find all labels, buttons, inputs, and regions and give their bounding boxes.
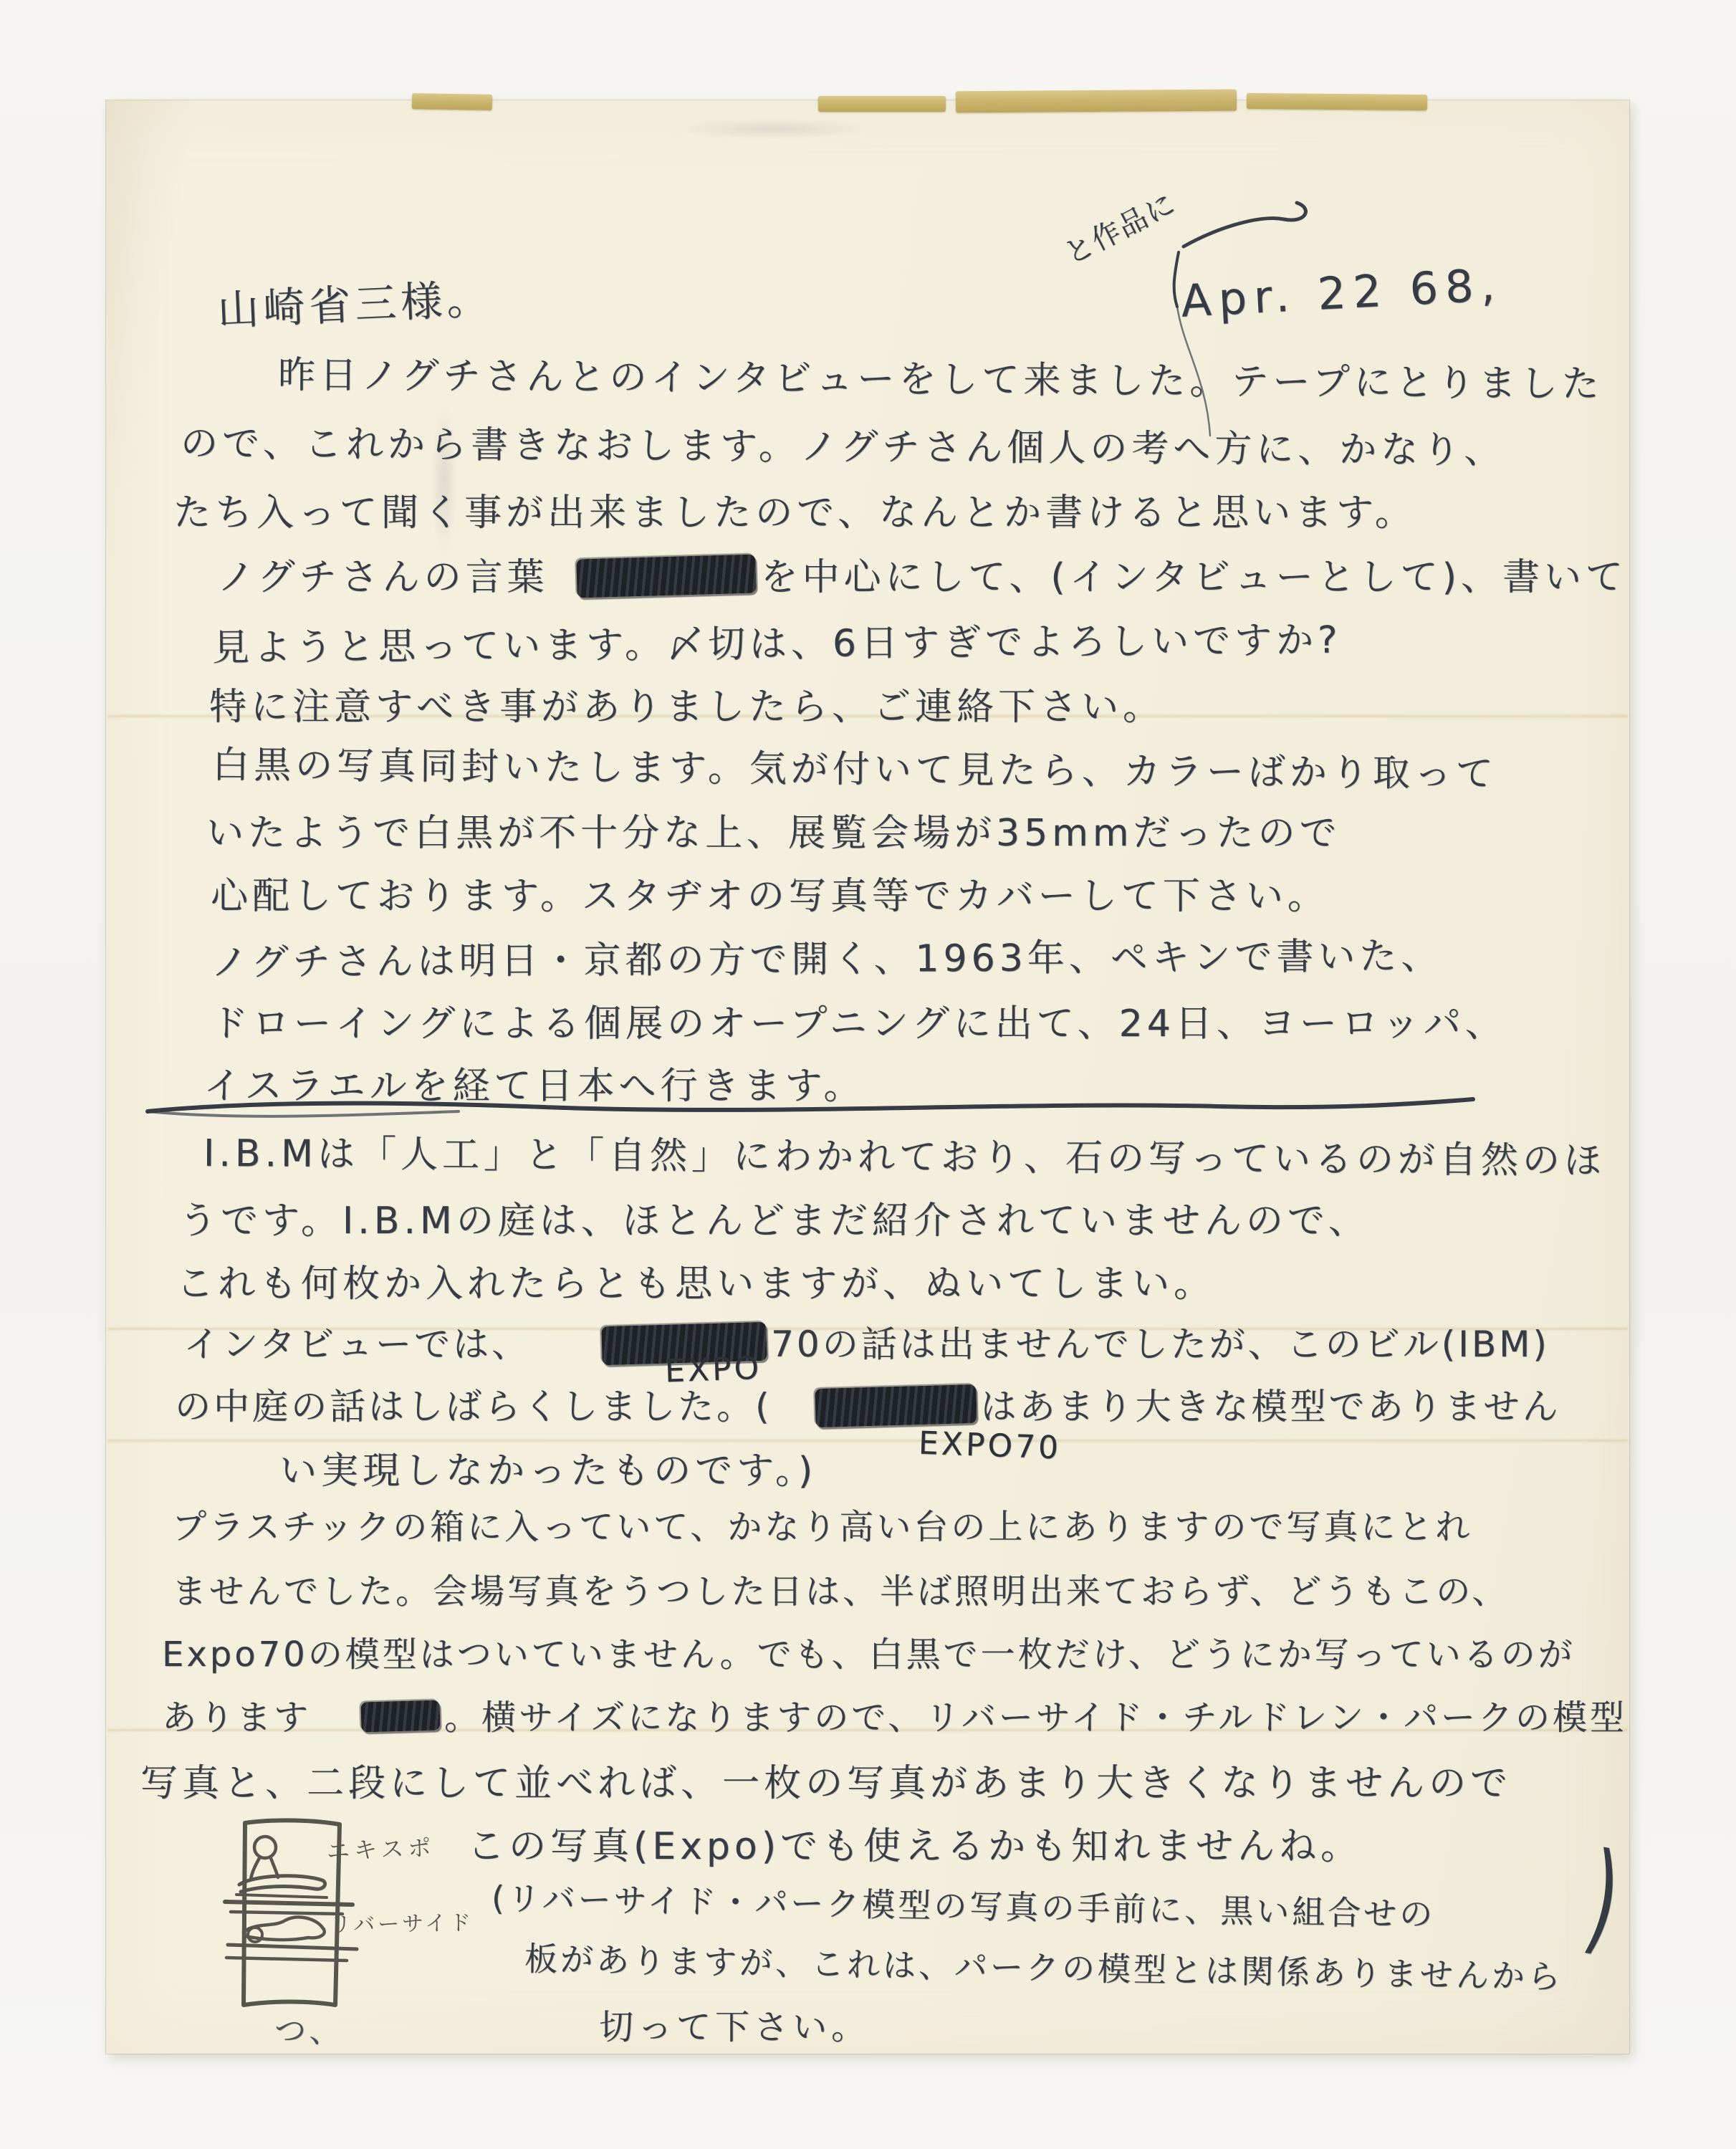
letter-line-05: ノグチさんの言葉を中心にして、(インタビューとして)、書いて bbox=[217, 547, 1627, 600]
letter-line-16: これも何枚か入れたらとも思いますが、ぬいてしまい。 bbox=[176, 1253, 1215, 1307]
letter-line-18: の中庭の話はしばらくしました。(はあまり大きな模型でありません bbox=[175, 1378, 1561, 1430]
letter-line-19: い実現しなかったものです。) bbox=[279, 1440, 817, 1494]
letter-line-15: うです。I.B.Mの庭は、ほとんどまだ紹介されていませんので、 bbox=[179, 1190, 1370, 1244]
ink-blackout bbox=[360, 1700, 440, 1732]
letter-line-25: この写真(Expo)でも使えるかも知れませんね。 bbox=[467, 1816, 1362, 1870]
letter-line-21: ませんでした。会場写真をうつした日は、半ば照明出来ておらず、どうもこの、 bbox=[172, 1564, 1509, 1613]
scanned-letter-photo: { "letter": { "date": "Apr. 22 68,", "in… bbox=[0, 0, 1736, 2149]
tape-remnant bbox=[412, 93, 492, 110]
line-text: インタビューでは、 bbox=[183, 1324, 530, 1365]
letter-line-10: 心配しております。スタヂオの写真等でカバーして下さい。 bbox=[211, 866, 1329, 919]
expo70-annotation: EXPO70 bbox=[918, 1425, 1062, 1467]
tape-remnant bbox=[1247, 93, 1427, 110]
letter-line-28: 切って下さい。 bbox=[599, 1999, 870, 2049]
line-text: あります bbox=[162, 1698, 311, 1738]
letter-line-12: ドローイングによる個展のオープニングに出て、24日、ヨーロッパ、 bbox=[211, 993, 1507, 1047]
line-text: 。横サイズになりますので、リバーサイド・チルドレン・パークの模型 bbox=[444, 1698, 1627, 1738]
line-text: ノグチさんの言葉 bbox=[217, 556, 548, 599]
letter-line-08: 白黒の写真同封いたします。気が付いて見たら、カラーばかり取って bbox=[212, 734, 1497, 798]
letter-line-20: プラスチックの箱に入っていて、かなり高い台の上にありますので写真にとれ bbox=[172, 1499, 1472, 1549]
margin-mark: つ、 bbox=[274, 2005, 345, 2051]
letter-line-11: ノグチさんは明日・京都の方で開く、1963年、ペキンで書いた、 bbox=[211, 925, 1443, 985]
ink-blackout bbox=[577, 555, 757, 598]
letter-line-13: イスラエルを経て日本へ行きます。 bbox=[203, 1056, 865, 1109]
sketch-label-expo: エキスポ bbox=[326, 1829, 436, 1866]
letter-line-04: たち入って聞く事が出来ましたので、なんとか書けると思います。 bbox=[173, 482, 1416, 536]
ink-blackout bbox=[815, 1384, 977, 1427]
letter-line-22: Expo70の模型はついていません。でも、白黒で一枚だけ、どうにか写っているのが bbox=[162, 1627, 1576, 1676]
letter-line-24: 写真と、二段にして並べれば、一枚の写真があまり大きくなりませんので bbox=[140, 1753, 1512, 1806]
letter-line-17: インタビューでは、70の話は出ませんでしたが、このビル(IBM) bbox=[183, 1316, 1550, 1367]
letter-line-23: あります。横サイズになりますので、リバーサイド・チルドレン・パークの模型 bbox=[162, 1690, 1627, 1739]
letter-line-06: 見ようと思っています。〆切は、6日すぎでよろしいですか? bbox=[212, 609, 1342, 671]
line-text: 70の話は出ませんでしたが、このビル(IBM) bbox=[771, 1324, 1550, 1365]
letter-line-09: いたようで白黒が不十分な上、展覧会場が35mmだったので bbox=[206, 803, 1341, 856]
letter-line-02: 昨日ノグチさんとのインタビューをして来ました。テープにとりました bbox=[278, 345, 1603, 408]
line-text: を中心にして、(インタビューとして)、書いて bbox=[760, 556, 1626, 599]
recipient-salutation: 山崎省三様。 bbox=[216, 265, 493, 338]
letter-line-07: 特に注意すべき事がありましたら、ご連絡下さい。 bbox=[209, 676, 1164, 730]
letter-line-14: I.B.Mは「人工」と「自然」にわかれており、石の写っているのが自然のほ bbox=[203, 1123, 1606, 1184]
letter-line-03: ので、これから書きなおします。ノグチさん個人の考へ方に、かなり、 bbox=[181, 413, 1506, 474]
tape-remnant bbox=[956, 90, 1237, 113]
line-text: はあまり大きな模型でありません bbox=[981, 1386, 1561, 1427]
sketch-label-riverside: リバーサイド bbox=[330, 1905, 474, 1939]
tape-remnant bbox=[818, 96, 946, 112]
pencil-smudge bbox=[673, 118, 874, 140]
line-text: の中庭の話はしばらくしました。( bbox=[175, 1386, 772, 1427]
